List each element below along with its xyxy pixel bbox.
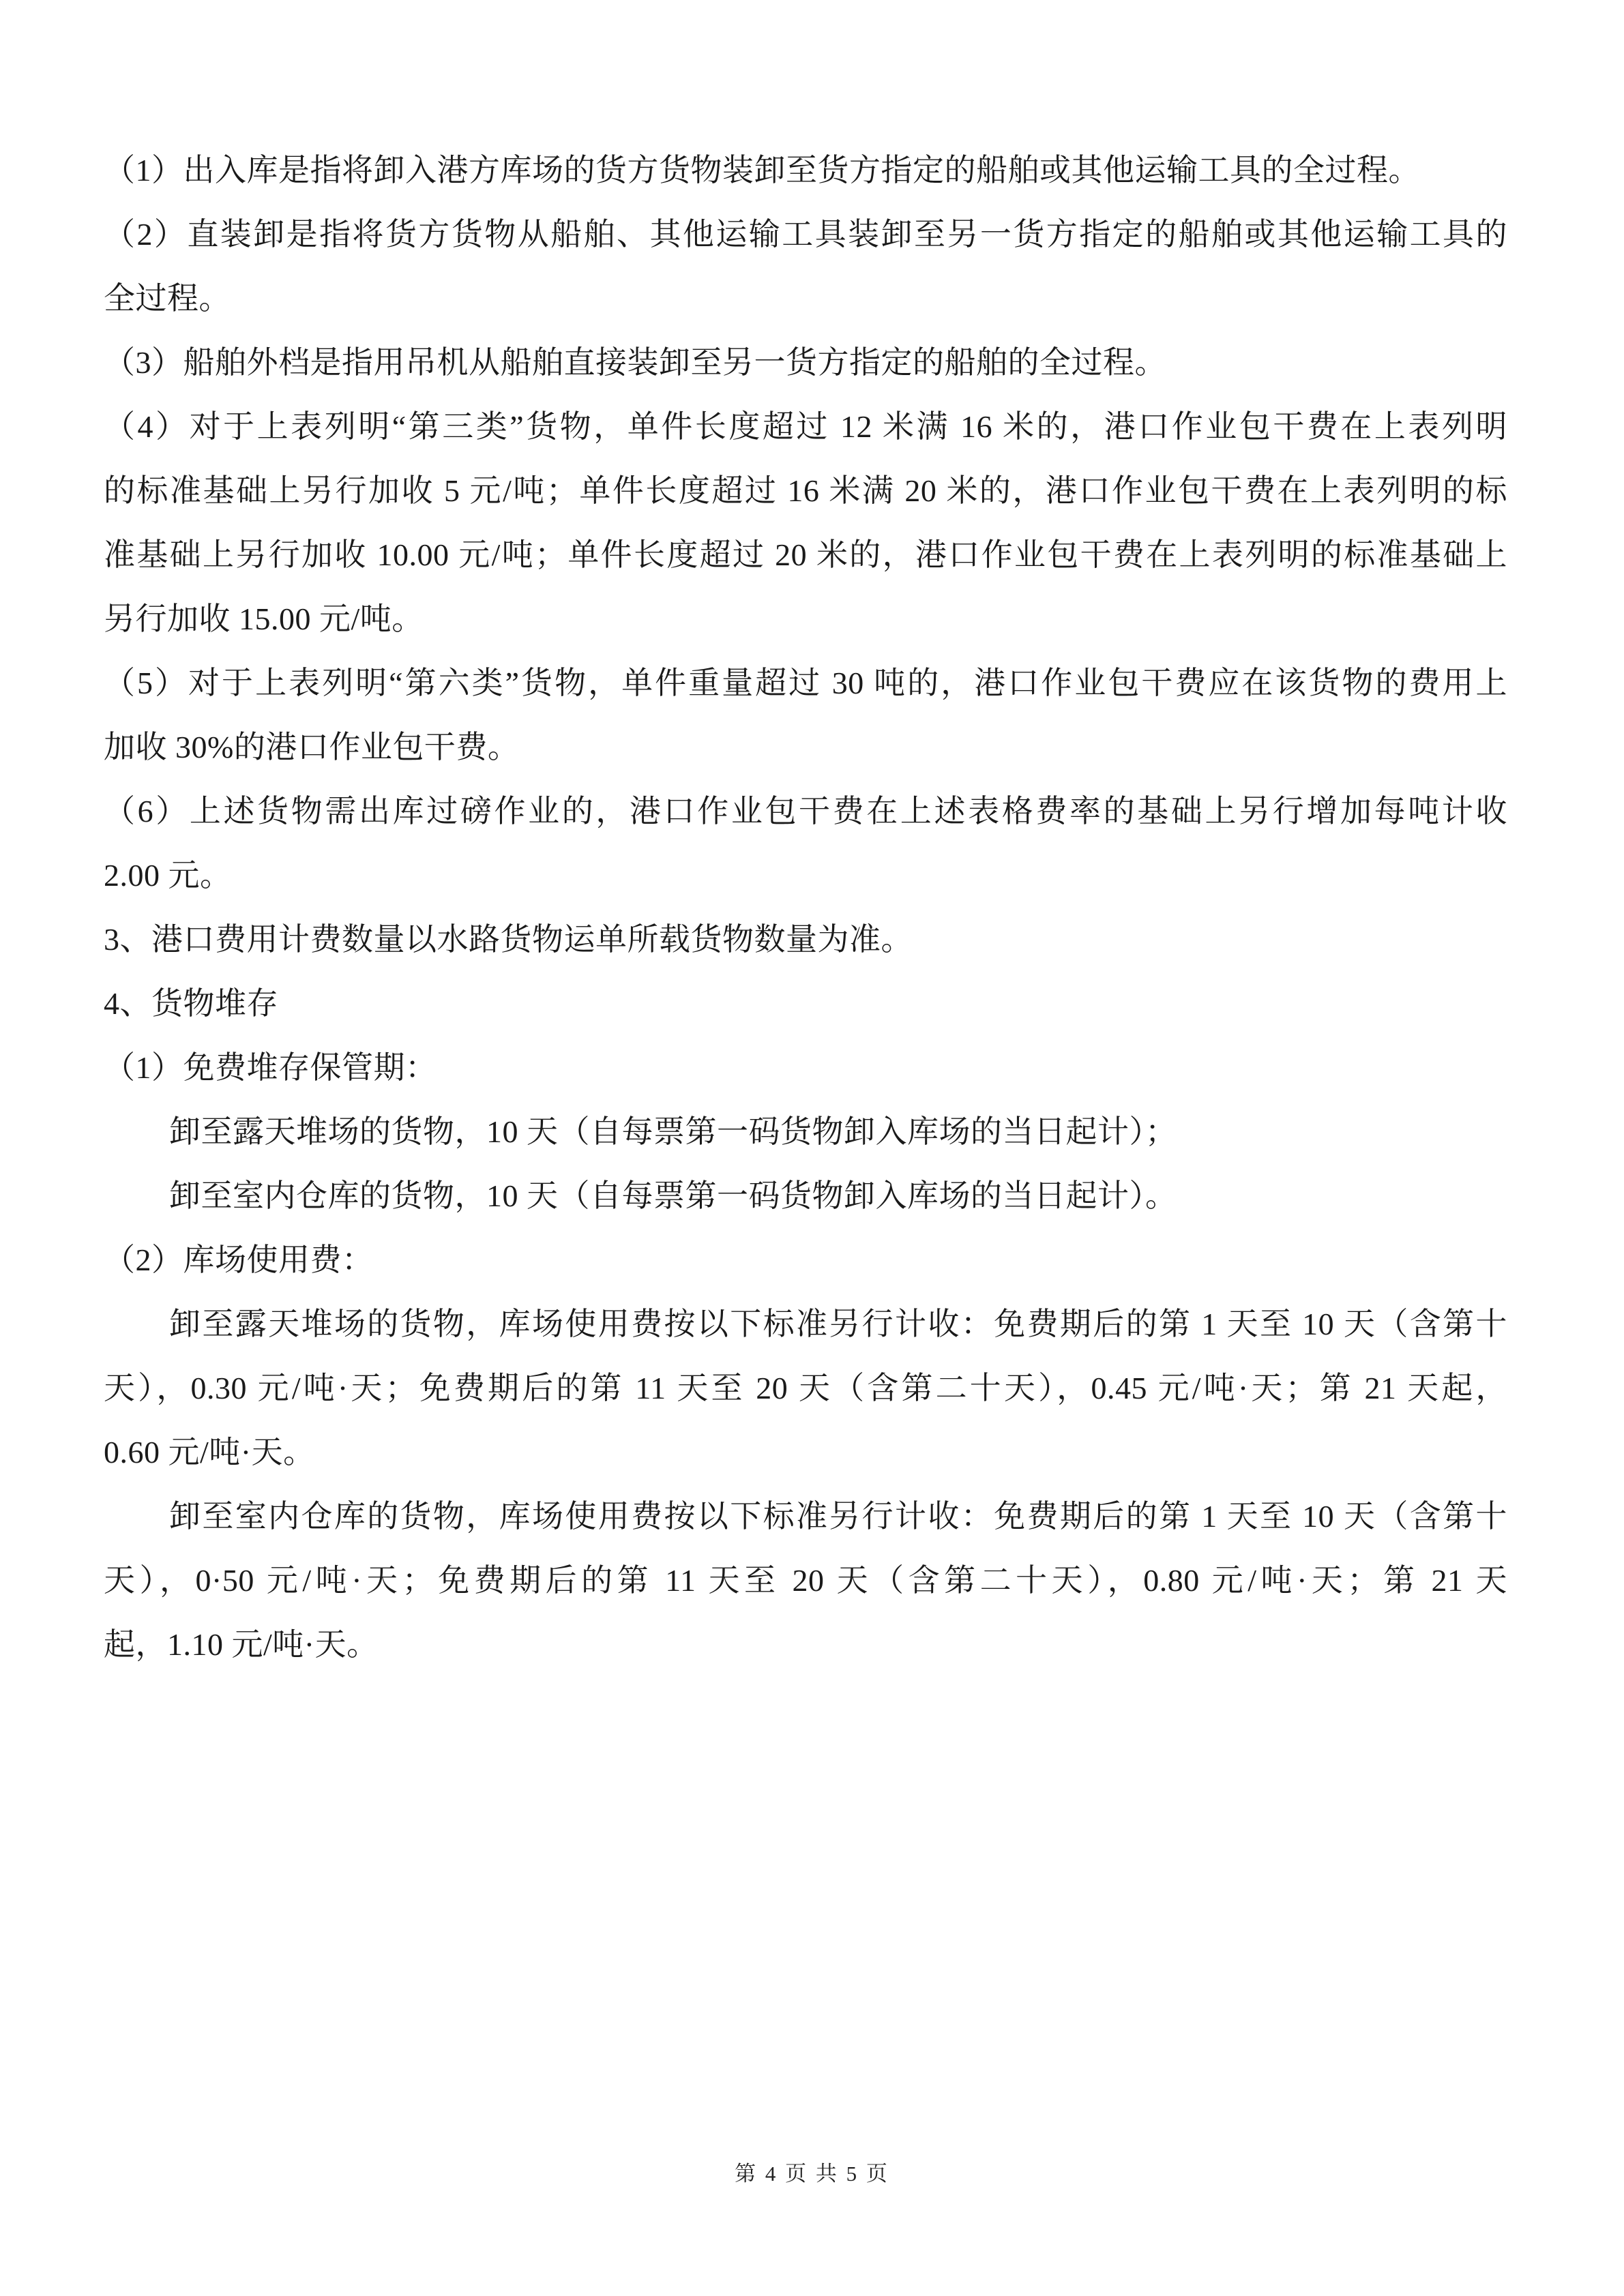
doc-line: 3、港口费用计费数量以水路货物运单所载货物数量为准。 xyxy=(104,908,1507,972)
page-footer: 第 4 页 共 5 页 xyxy=(0,2160,1624,2188)
doc-line: 全过程。 xyxy=(104,267,1507,331)
doc-line: （1）免费堆存保管期： xyxy=(104,1036,1507,1100)
doc-line: （2）库场使用费： xyxy=(104,1228,1507,1292)
doc-line: 卸至室内仓库的货物，库场使用费按以下标准另行计收：免费期后的第 1 天至 10 … xyxy=(104,1485,1507,1549)
doc-line: （2）直装卸是指将货方货物从船舶、其他运输工具装卸至另一货方指定的船舶或其他运输… xyxy=(104,203,1507,267)
doc-line: 天），0·50 元/吨·天；免费期后的第 11 天至 20 天（含第二十天），0… xyxy=(104,1549,1507,1613)
doc-line: 0.60 元/吨·天。 xyxy=(104,1420,1507,1485)
doc-line: （4）对于上表列明“第三类”货物，单件长度超过 12 米满 16 米的，港口作业… xyxy=(104,395,1507,459)
doc-line: 4、货物堆存 xyxy=(104,972,1507,1036)
doc-line: 2.00 元。 xyxy=(104,844,1507,908)
doc-line: 卸至露天堆场的货物，10 天（自每票第一码货物卸入库场的当日起计）； xyxy=(104,1100,1507,1164)
doc-line: 天），0.30 元/吨·天；免费期后的第 11 天至 20 天（含第二十天），0… xyxy=(104,1356,1507,1420)
doc-line: （3）船舶外档是指用吊机从船舶直接装卸至另一货方指定的船舶的全过程。 xyxy=(104,331,1507,395)
doc-line: （5）对于上表列明“第六类”货物，单件重量超过 30 吨的，港口作业包干费应在该… xyxy=(104,651,1507,715)
doc-line: 卸至露天堆场的货物，库场使用费按以下标准另行计收：免费期后的第 1 天至 10 … xyxy=(104,1292,1507,1356)
doc-line: 加收 30%的港口作业包干费。 xyxy=(104,715,1507,779)
document-body: （1）出入库是指将卸入港方库场的货方货物装卸至货方指定的船舶或其他运输工具的全过… xyxy=(104,138,1507,1677)
doc-line: 的标准基础上另行加收 5 元/吨；单件长度超过 16 米满 20 米的，港口作业… xyxy=(104,459,1507,523)
doc-line: （1）出入库是指将卸入港方库场的货方货物装卸至货方指定的船舶或其他运输工具的全过… xyxy=(104,138,1507,203)
doc-line: 卸至室内仓库的货物，10 天（自每票第一码货物卸入库场的当日起计）。 xyxy=(104,1164,1507,1228)
doc-line: 另行加收 15.00 元/吨。 xyxy=(104,587,1507,651)
document-page: （1）出入库是指将卸入港方库场的货方货物装卸至货方指定的船舶或其他运输工具的全过… xyxy=(0,0,1624,2296)
doc-line: 起，1.10 元/吨·天。 xyxy=(104,1613,1507,1677)
doc-line: （6）上述货物需出库过磅作业的，港口作业包干费在上述表格费率的基础上另行增加每吨… xyxy=(104,779,1507,844)
doc-line: 准基础上另行加收 10.00 元/吨；单件长度超过 20 米的，港口作业包干费在… xyxy=(104,523,1507,587)
